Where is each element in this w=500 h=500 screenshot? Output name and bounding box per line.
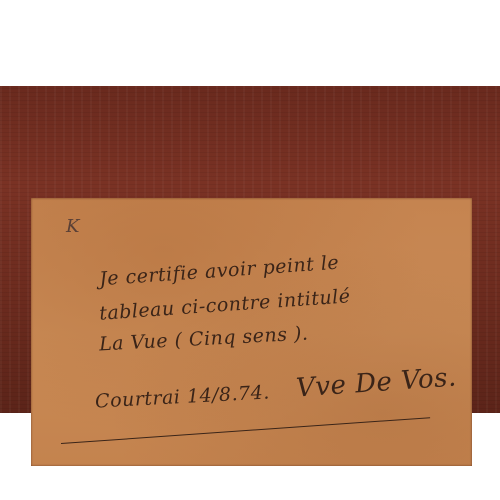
signature-underline <box>61 417 430 444</box>
wooden-panel: K Je certifie avoir peint le tableau ci-… <box>0 86 500 413</box>
text-line-2: tableau ci-contre intitulé <box>99 285 352 325</box>
signature: Vve De Vos. <box>295 362 457 403</box>
text-line-3: La Vue ( Cinq sens ). <box>99 323 309 356</box>
corner-mark: K <box>66 216 80 237</box>
paper-label: K Je certifie avoir peint le tableau ci-… <box>31 198 472 466</box>
place-date: Courtrai 14/8.74. <box>95 381 271 412</box>
text-line-1: Je certifie avoir peint le <box>99 252 340 291</box>
